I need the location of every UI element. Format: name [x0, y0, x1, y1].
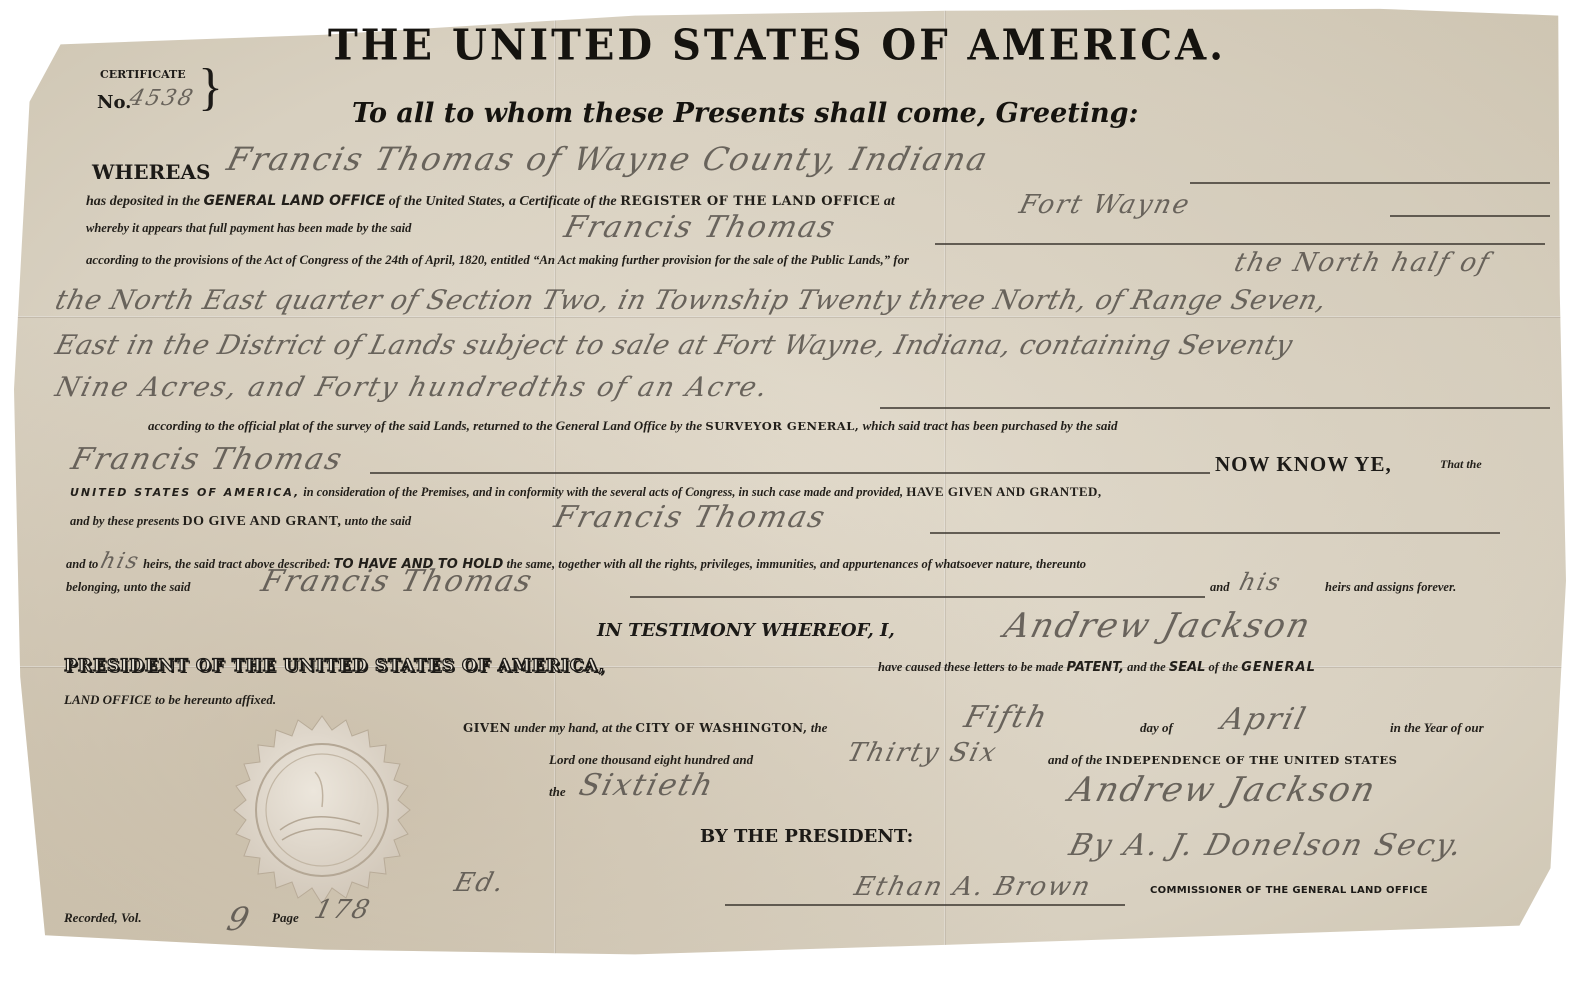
tract-description-4: Nine Acres, and Forty hundredths of an A…: [52, 372, 772, 403]
text-line: according to the provisions of the Act o…: [86, 253, 909, 268]
text: heirs and assigns forever.: [1325, 580, 1456, 595]
fill-line: [1190, 182, 1550, 184]
grantee-name: Francis Thomas: [68, 442, 348, 477]
text: and to: [66, 557, 98, 571]
text-line: and of the INDEPENDENCE OF THE UNITED ST…: [1048, 752, 1397, 768]
grantee-name: Francis Thomas: [561, 210, 841, 245]
text-caps: REGISTER OF THE LAND OFFICE: [620, 194, 880, 209]
text-emphasis: GENERAL LAND OFFICE: [203, 193, 385, 209]
page-value: 178: [311, 895, 374, 925]
text: of the: [1209, 660, 1239, 674]
text: of the United States, a Certificate of t…: [389, 194, 617, 209]
fill-line: [630, 596, 1205, 598]
text-line: according to the official plat of the su…: [148, 418, 1118, 434]
whereas-label: WHEREAS: [92, 160, 210, 184]
tract-description-1: the North half of: [1231, 248, 1493, 278]
text: unto the said: [345, 514, 412, 528]
text-line: GIVEN under my hand, at the CITY OF WASH…: [463, 720, 827, 736]
text-line: and by these presents DO GIVE AND GRANT,…: [70, 514, 411, 530]
text-line: whereby it appears that full payment has…: [86, 221, 411, 236]
handwritten-pronoun: his: [98, 549, 143, 574]
recorded-vol-label: Recorded, Vol.: [64, 910, 142, 926]
day-written: Fifth: [961, 700, 1053, 735]
text-emphasis: PATENT,: [1067, 660, 1125, 675]
text: under my hand, at the: [514, 720, 632, 735]
text: in the Year of our: [1390, 720, 1484, 736]
text: Lord one thousand eight hundred and: [549, 752, 753, 768]
text: at: [884, 194, 895, 209]
text: and the: [1127, 660, 1166, 674]
text-emphasis: SEAL: [1169, 660, 1206, 675]
handwritten-pronoun: his: [1237, 568, 1285, 596]
page-label: Page: [272, 910, 299, 926]
certificate-number: 4538: [127, 86, 197, 111]
text: and by these presents: [70, 514, 179, 528]
fill-line: [930, 532, 1500, 534]
text: which said tract has been purchased by t…: [863, 418, 1118, 433]
signature-line: [725, 904, 1125, 906]
text-caps: DO GIVE AND GRANT,: [183, 514, 342, 529]
text-line: LAND OFFICE to be hereunto affixed.: [64, 692, 276, 708]
document-title: THE UNITED STATES OF AMERICA.: [328, 21, 1226, 70]
text: the same, together with all the rights, …: [506, 557, 1086, 571]
president-title: PRESIDENT OF THE UNITED STATES OF AMERIC…: [64, 656, 605, 676]
text: the: [811, 720, 828, 735]
year-written: Thirty Six: [844, 738, 1001, 768]
by-the-president-label: BY THE PRESIDENT:: [700, 826, 913, 847]
text-caps: SURVEYOR GENERAL,: [705, 419, 859, 433]
text: have caused these letters to be made: [878, 660, 1063, 674]
text-caps: HAVE GIVEN AND GRANTED,: [906, 484, 1101, 499]
now-know-ye: NOW KNOW YE,: [1215, 452, 1392, 477]
text: and: [1210, 580, 1229, 595]
month-written: April: [1218, 702, 1311, 737]
land-office-location: Fort Wayne: [1016, 190, 1194, 220]
fill-line: [370, 472, 1210, 474]
tract-description-2: the North East quarter of Section Two, i…: [52, 285, 1330, 316]
secretary-signature: By A. J. Donelson Secy.: [1066, 828, 1467, 863]
text-caps: INDEPENDENCE OF THE UNITED STATES: [1105, 753, 1397, 767]
text-caps: CITY OF WASHINGTON,: [635, 721, 807, 735]
text: according to the official plat of the su…: [148, 418, 702, 433]
commissioner-title: COMMISSIONER OF THE GENERAL LAND OFFICE: [1150, 885, 1428, 896]
text-emphasis: GENERAL: [1241, 660, 1316, 675]
text-line: have caused these letters to be made PAT…: [878, 660, 1316, 675]
fill-line: [935, 243, 1545, 245]
tract-description-3: East in the District of Lands subject to…: [52, 330, 1296, 361]
fill-line: [880, 407, 1550, 409]
president-signature-2: Andrew Jackson: [1065, 770, 1381, 810]
president-signature: Andrew Jackson: [1000, 606, 1316, 646]
recorder-initials: Ed.: [451, 868, 508, 898]
text: and of the: [1048, 752, 1102, 767]
grantee-full-name: Francis Thomas of Wayne County, Indiana: [223, 140, 993, 178]
text: the: [549, 784, 566, 800]
text-caps: GIVEN: [463, 721, 511, 735]
text: That the: [1440, 457, 1482, 472]
commissioner-signature: Ethan A. Brown: [851, 872, 1095, 902]
embossed-seal-icon: [210, 712, 435, 912]
brace-icon: }: [198, 62, 223, 114]
text: in consideration of the Premises, and in…: [303, 485, 903, 499]
text-line: belonging, unto the said: [66, 580, 190, 595]
text-line: has deposited in the GENERAL LAND OFFICE…: [86, 193, 895, 210]
independence-year-written: Sixtieth: [576, 768, 719, 803]
text: has deposited in the: [86, 194, 200, 209]
grantee-name: Francis Thomas: [551, 500, 831, 535]
greeting: To all to whom these Presents shall come…: [352, 98, 1138, 129]
text-emphasis: UNITED STATES OF AMERICA,: [70, 486, 300, 499]
grantee-name: Francis Thomas: [258, 564, 538, 599]
text-line: and to his heirs, the said tract above d…: [66, 549, 1086, 574]
paper-fold: [14, 316, 1566, 318]
text-line: UNITED STATES OF AMERICA, in considerati…: [70, 484, 1102, 500]
certificate-label: CERTIFICATE: [100, 68, 186, 81]
fill-line: [1390, 215, 1550, 217]
text: day of: [1140, 720, 1173, 736]
testimony-text: IN TESTIMONY WHEREOF, I,: [597, 620, 895, 641]
